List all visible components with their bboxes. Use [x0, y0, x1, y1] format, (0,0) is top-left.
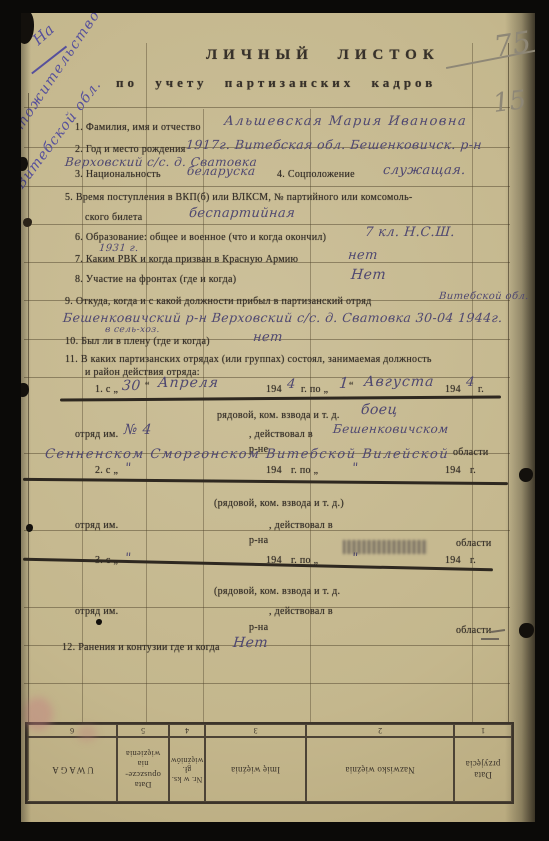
unit1-number: № 4 [123, 422, 152, 438]
unit3-label: отряд им. [75, 606, 118, 617]
field8-label: 8. Участие на фронтах (где и когда) [75, 274, 236, 285]
unit3-oblast-label: области [456, 625, 492, 636]
unit1-label: отряд им. [75, 429, 118, 440]
field5-value: беспартийная [188, 206, 295, 221]
unit2-oblast-label: области [456, 538, 492, 549]
period1-pre: 1. с „ [95, 384, 118, 395]
ptable-number-cell: 5 [117, 724, 169, 737]
grid-line [24, 186, 510, 187]
field3-value: беларуска [186, 164, 256, 178]
binding-hole [519, 468, 533, 482]
unit3-acted: , действовал в [269, 606, 333, 617]
scanned-document: На Местожительство Витебской обл. 75 15 … [0, 0, 549, 841]
role1-value: боец [360, 402, 398, 418]
field2-label: 2. Год и место рождения [75, 144, 186, 155]
period3-year2-printed: 194 [445, 555, 461, 566]
period2-end: г. [470, 465, 476, 476]
role1-label: рядовой, ком. взвода и т. д. [217, 410, 340, 421]
unit2-district-label: р-на [249, 535, 268, 546]
ptable-header-cell: Imię więźnia [205, 737, 306, 802]
form-title-line1: ЛИЧНЫЙ ЛИСТОК [206, 47, 440, 64]
period1-end: г. [478, 384, 484, 395]
period3-end: г. [470, 555, 476, 566]
unit2-label: отряд им. [75, 520, 118, 531]
pencil-mark [481, 638, 499, 640]
field1-label: 1. Фамилия, имя и отчество [75, 122, 201, 133]
unit1-acted: , действовал в [249, 429, 313, 440]
unit1-oblast-label: области [453, 447, 489, 458]
field2-value: 1917г. Витебская обл. Бешенковичск. р-н [185, 137, 482, 152]
page-number: 15 [491, 85, 528, 119]
period2-year-printed: 194 [266, 465, 282, 476]
ink-spot [96, 619, 102, 625]
ptable-number-cell: 2 [306, 724, 454, 737]
pencil-mark [491, 629, 505, 632]
field5-label: 5. Время поступления в ВКП(б) или ВЛКСМ,… [65, 192, 413, 203]
ink-smudge [343, 540, 427, 554]
field4-label: 4. Соцположение [277, 169, 355, 180]
role2-label: (рядовой, ком. взвода и т. д.) [214, 498, 344, 509]
field8-value: Нет [350, 267, 386, 283]
separator-line [23, 478, 508, 485]
separator-line [23, 558, 493, 571]
grid-line [508, 43, 509, 722]
period1-month2: Августа [363, 374, 435, 390]
period1-quote: “ [145, 381, 150, 392]
unit2-acted: , действовал в [269, 520, 333, 531]
pink-stain [77, 725, 97, 741]
ptable-number-cell: 1 [454, 724, 512, 737]
field3-label: 3. Национальность [75, 169, 161, 180]
paper-sheet: На Местожительство Витебской обл. 75 15 … [21, 13, 535, 822]
binding-hole [519, 623, 534, 638]
field9-label: 9. Откуда, когда и с какой должности при… [65, 296, 372, 307]
field9-note: в сель-хоз. [105, 325, 161, 335]
field9-value: Витебской обл. [439, 291, 530, 302]
period1-day: 30 [121, 378, 141, 394]
field10-value: нет [252, 330, 283, 345]
ptable-header-cell: Nazwisko więźnia [306, 737, 454, 802]
field6-value: 7 кл. Н.С.Ш. [364, 225, 455, 240]
polish-register-table: Data przyjęcia Nazwisko więźnia Imię wię… [25, 722, 514, 804]
field12-value: Нет [232, 635, 268, 651]
field11-label: 11. В каких партизанских отрядах (или гр… [65, 354, 432, 365]
field12-label: 12. Ранения и контузии где и когда [62, 642, 220, 653]
grid-line [28, 93, 29, 800]
field6-note: 1931 г. [99, 243, 140, 254]
ptable-header-cell: Data opuszcze- nia więzienia [117, 737, 169, 802]
period3-ditto: " [124, 551, 132, 566]
period2-ditto2: " [351, 461, 359, 476]
ptable-number-cell: 3 [205, 724, 306, 737]
ptable-header-cell: Data przyjęcia [454, 737, 512, 802]
period1-month: Апреля [157, 375, 219, 391]
field1-value: Альшевская Мария Ивановна [223, 114, 468, 129]
field5-label2: ского билета [85, 212, 143, 223]
unit1-place: Бешенковичском [332, 422, 449, 436]
ptable-header-cell: Nr. w ks. gł. więźniów [169, 737, 205, 802]
period2-mid: г. по „ [291, 465, 318, 476]
ptable-header-cell: UWAGA [27, 737, 117, 802]
period1-year2-printed: 194 [445, 384, 461, 395]
period1-mid: г. по „ [301, 384, 328, 395]
period2-year2-printed: 194 [445, 465, 461, 476]
grid-line [24, 107, 510, 108]
unit1-extra-places: Сенненском Сморгонском Витебской Вилейск… [44, 447, 449, 462]
period2-pre: 2. с „ [95, 465, 118, 476]
field6-label: 6. Образование: общее и военное (что и к… [75, 232, 326, 243]
field7-value: нет [347, 248, 378, 263]
period1-year-hw: 4 [286, 377, 296, 392]
pink-stain [23, 697, 53, 731]
period1-year-printed: 194 [266, 384, 282, 395]
form-title-line2: по учету партизанских кадров [116, 75, 436, 91]
field9-value2: Бешенковичский р-н Верховский с/с. д. Св… [62, 310, 503, 325]
period2-ditto: " [124, 461, 132, 476]
ink-spot [23, 218, 32, 227]
period1-year2-hw: 4 [465, 375, 475, 390]
field7-label: 7. Каким РВК и когда призван в Красную А… [75, 254, 298, 265]
field10-label: 10. Был ли в плену (где и когда) [65, 336, 210, 347]
separator-line [60, 395, 501, 401]
role3-label: (рядовой, ком. взвода и т. д. [214, 586, 340, 597]
unit3-district-label: р-на [249, 622, 268, 633]
field4-value: служащая. [382, 163, 466, 178]
period1-quote2: “ [349, 381, 354, 392]
ptable-number-cell: 4 [169, 724, 205, 737]
period1-day2: 1 [338, 374, 350, 392]
grid-line [24, 683, 510, 684]
